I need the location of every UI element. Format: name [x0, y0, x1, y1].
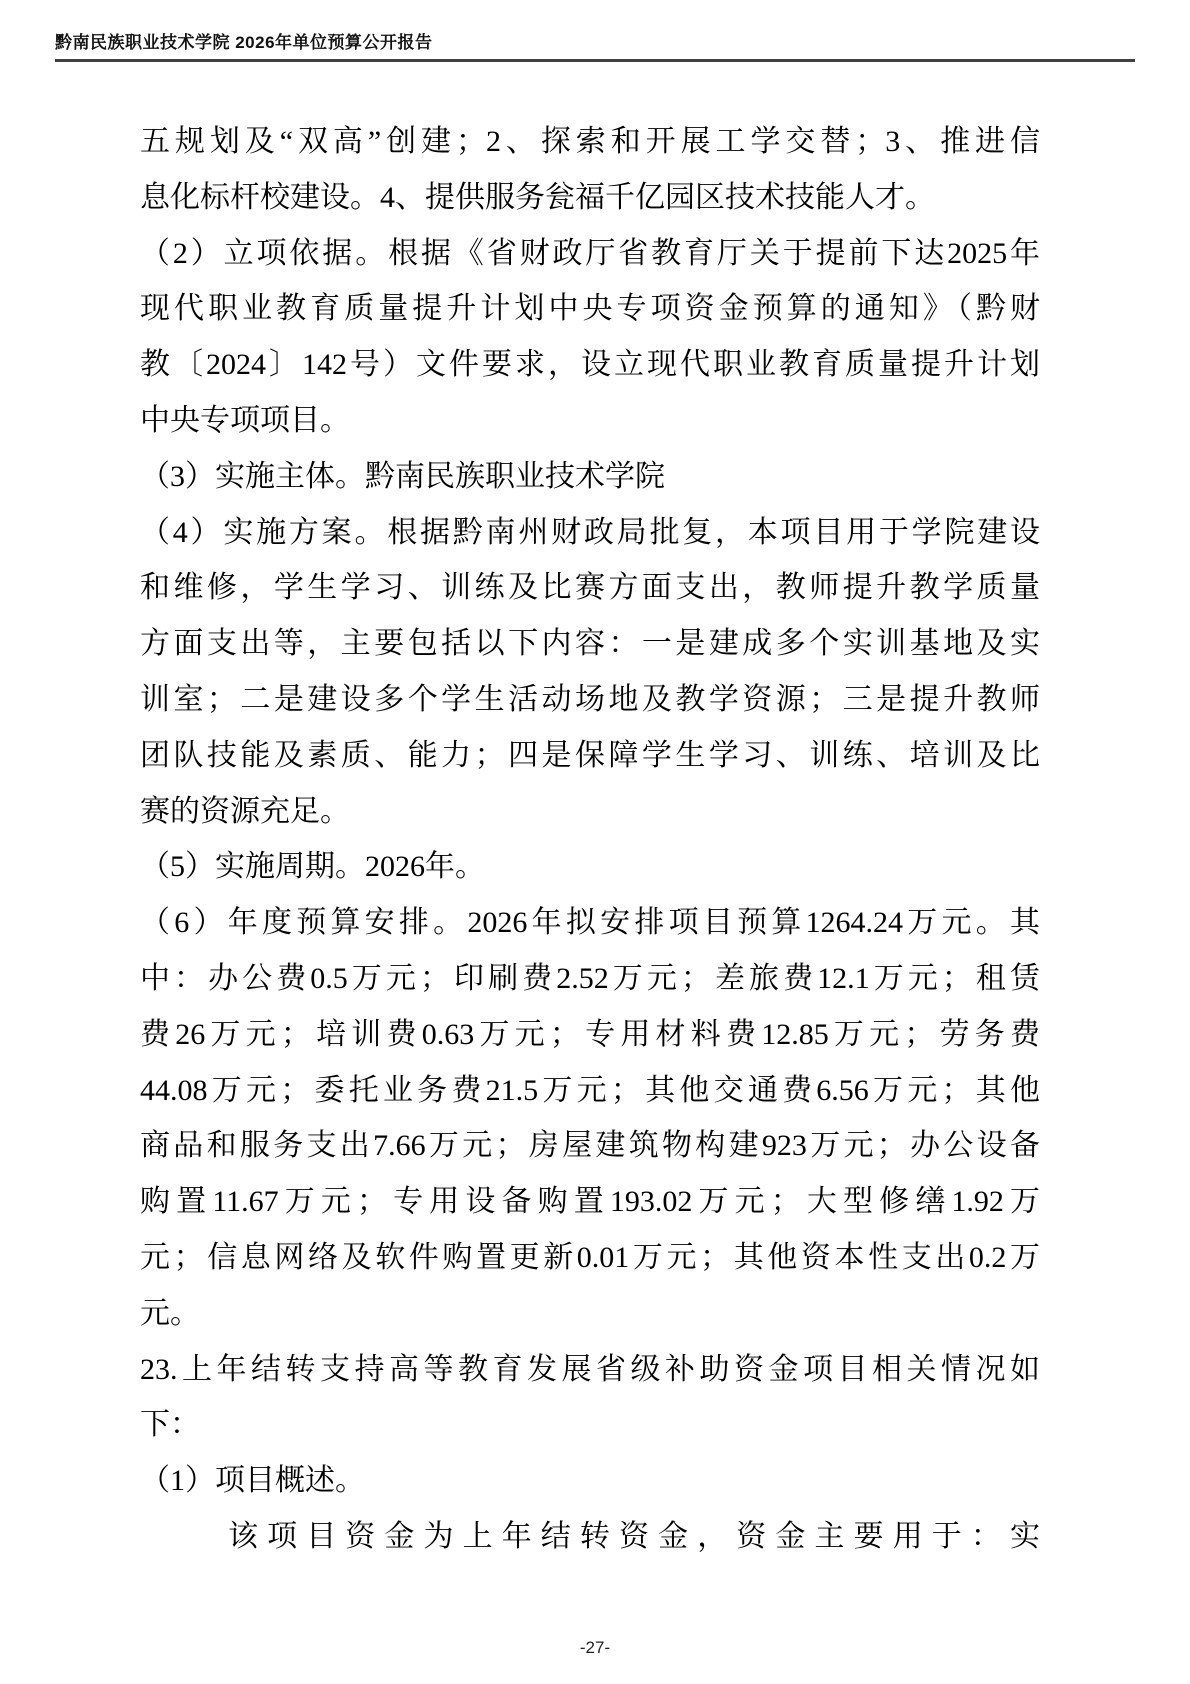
text-line: 费26万元；培训费0.63万元；专用材料费12.85万元；劳务费	[140, 1007, 1040, 1063]
text-line: 23.上年结转支持高等教育发展省级补助资金项目相关情况如	[140, 1342, 1040, 1398]
text-line: 训室；二是建设多个学生活动场地及教学资源；三是提升教师	[140, 672, 1040, 728]
text-line: 该项目资金为上年结转资金，资金主要用于：实	[140, 1509, 1040, 1565]
text-line: 购置11.67万元；专用设备购置193.02万元；大型修缮1.92万	[140, 1174, 1040, 1230]
text-line: （1）项目概述。	[140, 1453, 1040, 1509]
page-footer: -27-	[0, 1638, 1190, 1658]
text-line: （5）实施周期。2026年。	[140, 839, 1040, 895]
text-line: 五规划及“双高”创建；2、探索和开展工学交替；3、推进信	[140, 114, 1040, 170]
document-page: 黔南民族职业技术学院 2026年单位预算公开报告 五规划及“双高”创建；2、探索…	[0, 0, 1190, 1684]
text-line: 商品和服务支出7.66万元；房屋建筑物构建923万元；办公设备	[140, 1118, 1040, 1174]
text-line: 44.08万元；委托业务费21.5万元；其他交通费6.56万元；其他	[140, 1063, 1040, 1119]
text-line: 中：办公费0.5万元；印刷费2.52万元；差旅费12.1万元；租赁	[140, 951, 1040, 1007]
text-line: 教〔2024〕142号）文件要求，设立现代职业教育质量提升计划	[140, 337, 1040, 393]
text-line: 团队技能及素质、能力；四是保障学生学习、训练、培训及比	[140, 728, 1040, 784]
page-number: -27-	[580, 1638, 610, 1657]
text-line: 息化标杆校建设。4、提供服务瓮福千亿园区技术技能人才。	[140, 170, 1040, 226]
text-line: 元。	[140, 1286, 1040, 1342]
text-line: （4）实施方案。根据黔南州财政局批复，本项目用于学院建设	[140, 505, 1040, 561]
text-line: （6）年度预算安排。2026年拟安排项目预算1264.24万元。其	[140, 895, 1040, 951]
text-line: 下：	[140, 1397, 1040, 1453]
text-line: （3）实施主体。黔南民族职业技术学院	[140, 449, 1040, 505]
text-line: 中央专项项目。	[140, 393, 1040, 449]
text-line: 赛的资源充足。	[140, 784, 1040, 840]
text-line: 和维修，学生学习、训练及比赛方面支出，教师提升教学质量	[140, 560, 1040, 616]
text-line: 现代职业教育质量提升计划中央专项资金预算的通知》（黔财	[140, 281, 1040, 337]
report-title: 黔南民族职业技术学院 2026年单位预算公开报告	[55, 28, 1135, 53]
page-header: 黔南民族职业技术学院 2026年单位预算公开报告	[55, 28, 1135, 62]
text-line: （2）立项依据。根据《省财政厅省教育厅关于提前下达2025年	[140, 226, 1040, 282]
document-body: 五规划及“双高”创建；2、探索和开展工学交替；3、推进信息化标杆校建设。4、提供…	[140, 114, 1040, 1565]
text-line: 元；信息网络及软件购置更新0.01万元；其他资本性支出0.2万	[140, 1230, 1040, 1286]
text-line: 方面支出等，主要包括以下内容：一是建成多个实训基地及实	[140, 616, 1040, 672]
